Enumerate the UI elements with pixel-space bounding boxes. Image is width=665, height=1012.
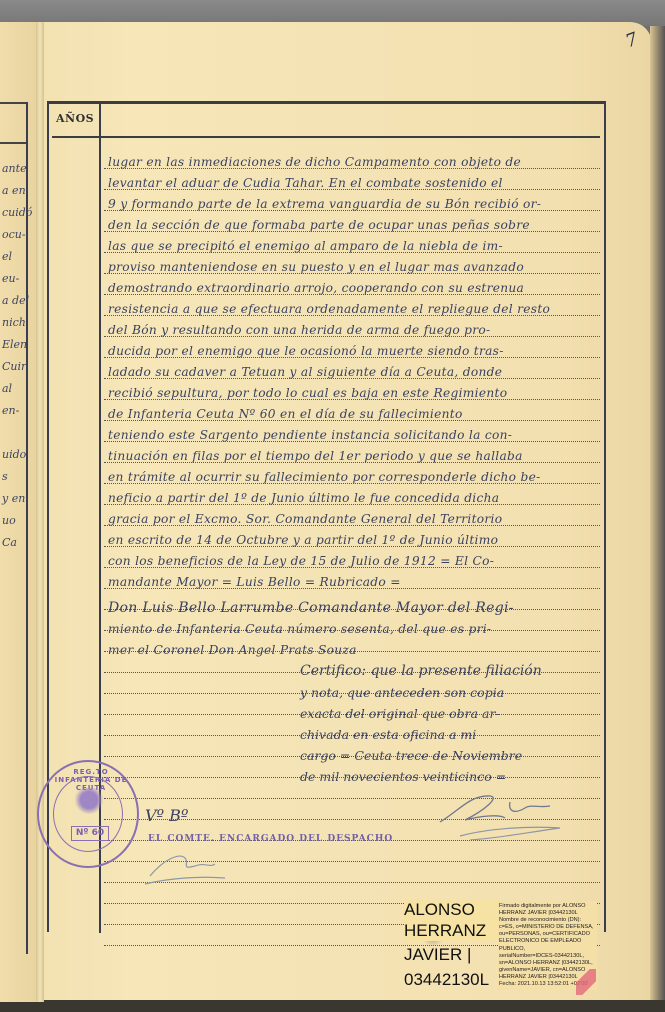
- book-spine: [36, 22, 44, 1002]
- facing-page-text: Cuir: [2, 360, 26, 373]
- handwritten-line: gracia por el Excmo. Sor. Comandante Gen…: [108, 509, 598, 530]
- facing-page-text: Elen: [2, 338, 27, 351]
- crown-emblem-icon: [73, 788, 105, 818]
- certification-line: de mil novecientos veinticinco =: [300, 766, 596, 787]
- handwritten-line: resistencia a que se efectuara ordenadam…: [108, 299, 598, 320]
- signature-detail-line: serialNumber=IDCES-03442130L,: [499, 953, 596, 960]
- signatory-line: mer el Coronel Don Angel Prats Souza: [108, 640, 598, 661]
- years-column-header: AÑOS: [56, 102, 94, 136]
- facing-page-text: ocu-: [2, 228, 26, 241]
- facing-page-text: al: [2, 382, 12, 395]
- handwritten-line: neficio a partir del 1º de Junio último …: [108, 488, 598, 509]
- signer-name-line: JAVIER |: [404, 944, 502, 965]
- handwritten-line: ducida por el enemigo que le ocasionó la…: [108, 341, 598, 362]
- facing-page-rule: [0, 142, 28, 144]
- page-bottom-edge: [0, 1000, 665, 1012]
- signer-id-line: 03442130L: [404, 969, 502, 990]
- certification-line: y nota, que anteceden son copia: [300, 682, 596, 703]
- certification-line: Certifico: que la presente filiación: [300, 661, 596, 682]
- certification-line: chivada en esta oficina a mi: [300, 724, 596, 745]
- signature-detail-line: PUBLICO,: [499, 946, 596, 953]
- stamp-number: Nº 60: [71, 826, 109, 841]
- handwritten-line: demostrando extraordinario arrojo, coope…: [108, 278, 598, 299]
- digital-signature-block: GOBIERNO DE ESPAÑA ALONSO HERRANZ JAVIER…: [398, 899, 594, 997]
- facing-page-text: Ca: [2, 536, 17, 549]
- facing-page-text: a en: [2, 184, 26, 197]
- facing-page-text: ante: [2, 162, 27, 175]
- signature-detail-line: HERRANZ JAVIER |03442130L: [499, 910, 596, 917]
- handwritten-line: ladado su cadaver a Tetuan y al siguient…: [108, 362, 598, 383]
- signature-detail-line: c=ES, o=MINISTERIO DE DEFENSA,: [499, 924, 596, 931]
- handwritten-line: del Bón y resultando con una herida de a…: [108, 320, 598, 341]
- facing-page-text: y en: [2, 492, 25, 505]
- facing-page-text: uido: [2, 448, 26, 461]
- handwritten-line: tinuación en filas por el tiempo del 1er…: [108, 446, 598, 467]
- handwritten-line: de Infanteria Ceuta Nº 60 en el día de s…: [108, 404, 598, 425]
- handwritten-line: en escrito de 14 de Octubre y a partir d…: [108, 530, 598, 551]
- facing-page-text: cuidó: [2, 206, 32, 219]
- facing-page-rule: [0, 102, 28, 104]
- handwritten-line: 9 y formando parte de la extrema vanguar…: [108, 194, 598, 215]
- facing-page-border: [26, 102, 28, 954]
- handwritten-line: proviso manteniendose en su puesto y en …: [108, 257, 598, 278]
- signature-detail-line: ou=PERSONAS, ou=CERTIFICADO: [499, 931, 596, 938]
- approval-mark: Vº Bº: [145, 806, 188, 825]
- handwritten-line: den la sección de que formaba parte de o…: [108, 215, 598, 236]
- facing-page-text: el: [2, 250, 12, 263]
- page-right-edge: [650, 26, 665, 1012]
- handwritten-line: teniendo este Sargento pendiente instanc…: [108, 425, 598, 446]
- facing-page-strip: ante a en cuidó ocu- el eu- a del nich E…: [0, 22, 36, 1002]
- facing-page-text: nich: [2, 316, 26, 329]
- handwritten-line: levantar el aduar de Cudia Tahar. En el …: [108, 173, 598, 194]
- signature-valid-check-icon: [576, 969, 596, 995]
- facing-page-text: a del: [2, 294, 29, 307]
- signature-detail-line: Nombre de reconocimiento (DN):: [499, 917, 596, 924]
- handwritten-line: mandante Mayor = Luis Bello = Rubricado …: [108, 572, 598, 593]
- table-header-divider: [52, 136, 600, 138]
- handwritten-line: recibió sepultura, por todo lo cual es b…: [108, 383, 598, 404]
- facing-page-text: eu-: [2, 272, 19, 285]
- signer-name-line: HERRANZ: [404, 920, 502, 941]
- handwritten-line: lugar en las inmediaciones de dicho Camp…: [108, 152, 598, 173]
- certification-line: exacta del original que obra ar-: [300, 703, 596, 724]
- handwritten-signature: [430, 790, 580, 840]
- signature-detail-line: Firmado digitalmente por ALONSO: [499, 903, 596, 910]
- despacho-label: EL COMTE. ENCARGADO DEL DESPACHO: [148, 834, 393, 844]
- signer-name-line: ALONSO: [404, 899, 502, 920]
- facing-page-text: en-: [2, 404, 19, 417]
- facing-page-text: uo: [2, 514, 16, 527]
- handwritten-signature: [140, 848, 230, 888]
- signatory-line: Don Luis Bello Larrumbe Comandante Mayor…: [108, 598, 598, 619]
- regiment-stamp: REG.TO INFANTERIA DE CEUTA Nº 60: [37, 760, 139, 868]
- signatory-line: miento de Infanteria Ceuta número sesent…: [108, 619, 598, 640]
- handwritten-line: las que se precipitó el enemigo al ampar…: [108, 236, 598, 257]
- signature-detail-line: sn=ALONSO HERRANZ |03442130L,: [499, 960, 596, 967]
- facing-page-text: s: [2, 470, 8, 483]
- handwritten-line: en trámite al ocurrir su fallecimiento p…: [108, 467, 598, 488]
- signature-detail-line: ELECTRONICO DE EMPLEADO: [499, 938, 596, 945]
- handwritten-line: con los beneficios de la Ley de 15 de Ju…: [108, 551, 598, 572]
- certification-line: cargo = Ceuta trece de Noviembre: [300, 745, 596, 766]
